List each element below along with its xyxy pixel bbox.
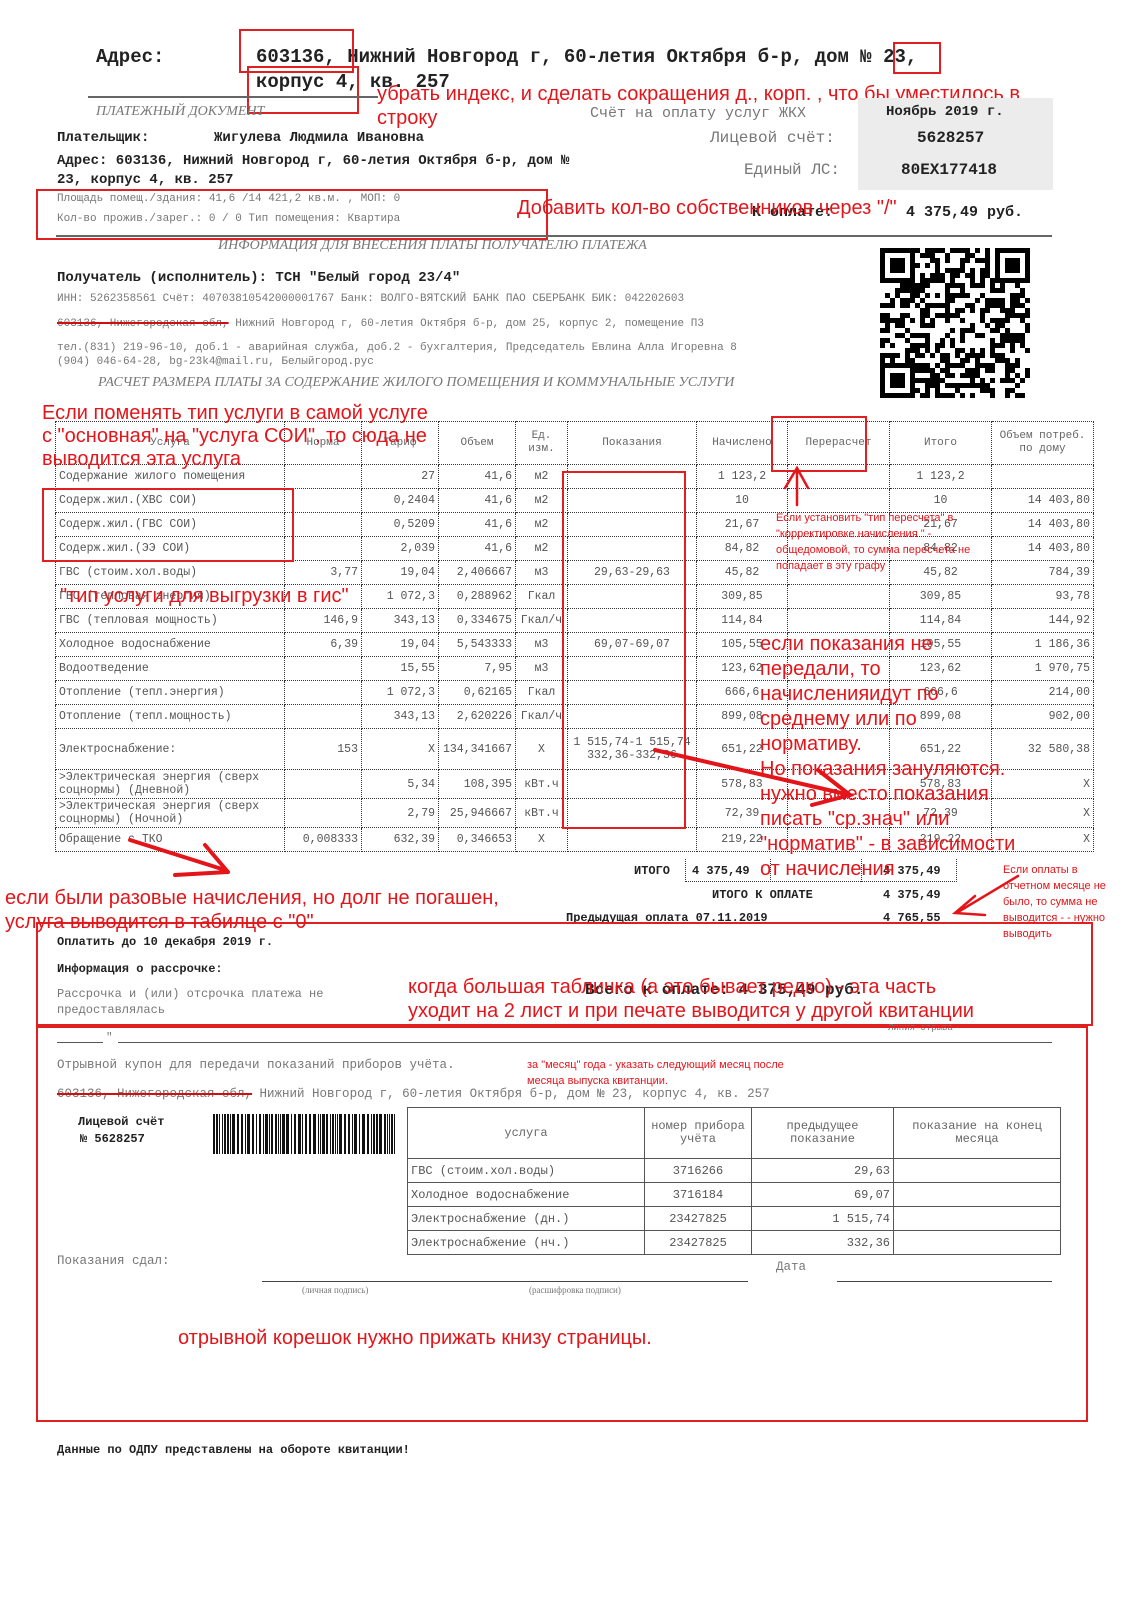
table-cell: [285, 799, 362, 828]
table-cell: 45,82: [697, 561, 788, 585]
barcode: [213, 1114, 399, 1154]
annotation-box-recalc: [771, 416, 867, 472]
table-cell: м2: [516, 489, 568, 513]
table-cell: 7,95: [439, 657, 516, 681]
annotation-gis-note: "тип услуги для выгрузки в гис": [60, 585, 349, 608]
annotation-text: выводится эта услуга: [42, 448, 428, 471]
date-line[interactable]: [837, 1281, 1052, 1282]
annotation-text: от начисления: [760, 857, 1015, 882]
column-header: номер прибора учёта: [645, 1108, 752, 1159]
table-cell: X: [516, 729, 568, 770]
doc-type: ПЛАТЕЖНЫЙ ДОКУМЕНТ: [96, 104, 264, 120]
table-cell: 343,13: [362, 705, 439, 729]
table-cell: [788, 609, 890, 633]
table-cell: 2,620226: [439, 705, 516, 729]
annotation-soi-note: Если поменять тип услуги в самой услуге …: [42, 402, 428, 471]
table-cell: 108,395: [439, 770, 516, 799]
table-cell: 332,36: [752, 1231, 894, 1255]
address-line-1: 603136, Нижний Новгород г, 60-летия Октя…: [256, 46, 917, 68]
struck-text: 603136, Нижегородская обл,: [57, 1087, 252, 1101]
annotation-text: начисленияидут по: [760, 682, 1015, 707]
table-cell: X: [516, 828, 568, 852]
table-cell: 0,288962: [439, 585, 516, 609]
struck-text: 603136, Нижегородская обл,: [57, 318, 229, 330]
to-pay-value: 4 375,49 руб.: [906, 204, 1023, 221]
header-divider: [88, 96, 378, 98]
table-cell: [568, 828, 697, 852]
annotation-owners-note: Добавить кол-во собственников через "/": [517, 197, 897, 220]
table-cell: >Электрическая энергия (сверх соцнормы) …: [56, 770, 285, 799]
signature-caption: (личная подпись): [302, 1285, 368, 1295]
table-cell: ГВС (тепловая мощность): [56, 609, 285, 633]
table-cell: 0,2404: [362, 489, 439, 513]
qr-code: [880, 248, 1030, 398]
column-header: Объем потреб. по дому: [992, 422, 1094, 465]
column-header: Показания: [568, 422, 697, 465]
column-header: Ед. изм.: [516, 422, 568, 465]
table-cell: 784,39: [992, 561, 1094, 585]
address-text: Нижний Новгород г, 60-летия Октября б-р,…: [229, 318, 704, 330]
table-cell: 14 403,80: [992, 537, 1094, 561]
table-cell: 41,6: [439, 465, 516, 489]
table-row: Электроснабжение (дн.)234278251 515,74: [408, 1207, 1061, 1231]
annotation-text: уходит на 2 лист и при печате выводится …: [408, 999, 974, 1023]
annotation-stub-note: отрывной корешок нужно прижать книзу стр…: [178, 1327, 652, 1350]
table-cell: Водоотведение: [56, 657, 285, 681]
table-cell: 25,946667: [439, 799, 516, 828]
table-cell: 1 515,74: [752, 1207, 894, 1231]
table-cell: Холодное водоснабжение: [56, 633, 285, 657]
table-cell: 1 123,2: [890, 465, 992, 489]
odpu-note: Данные по ОДПУ представлены на обороте к…: [57, 1443, 410, 1457]
table-cell: 309,85: [697, 585, 788, 609]
table-cell: Отопление (тепл.энергия): [56, 681, 285, 705]
table-cell: 134,341667: [439, 729, 516, 770]
annotation-month-note: за "месяц" года - указать следующий меся…: [527, 1057, 784, 1089]
table-cell: Электроснабжение (дн.): [408, 1207, 645, 1231]
coupon-title: Отрывной купон для передачи показаний пр…: [57, 1058, 455, 1072]
table-cell: 23427825: [645, 1207, 752, 1231]
reading-input-cell[interactable]: [894, 1183, 1061, 1207]
reading-input-cell[interactable]: [894, 1231, 1061, 1255]
table-cell: 14 403,80: [992, 489, 1094, 513]
table-cell: 23427825: [645, 1231, 752, 1255]
table-cell: 114,84: [890, 609, 992, 633]
recipient-name: Получатель (исполнитель): ТСН "Белый гор…: [57, 270, 460, 286]
date-label: Дата: [776, 1260, 806, 1274]
table-cell: м2: [516, 513, 568, 537]
table-cell: 153: [285, 729, 362, 770]
annotation-text: с "основная" на "услуга СОИ", то сюда не: [42, 425, 428, 448]
unified-account-label: Единый ЛС:: [744, 161, 840, 179]
table-cell: [285, 705, 362, 729]
annotation-text: нужно вместо показания: [760, 782, 1015, 807]
table-cell: ГВС (стоим.хол.воды): [408, 1159, 645, 1183]
table-cell: 2,79: [362, 799, 439, 828]
annotation-payment-note: Если оплаты в отчетном месяце не было, т…: [1003, 862, 1113, 942]
annotation-text: когда большая табличка (а это бывает ред…: [408, 975, 974, 999]
table-cell: Гкал/ч: [516, 705, 568, 729]
recipient-contacts-2: (904) 046-64-28, bg-23k4@mail.ru, Белыйг…: [57, 356, 374, 368]
table-cell: 3716266: [645, 1159, 752, 1183]
annotation-text: услуга выводится в табилце с "0": [5, 910, 499, 934]
total-label: ИТОГО: [634, 864, 670, 878]
annotation-text: Если поменять тип услуги в самой услуге: [42, 402, 428, 425]
annotation-page-break-note: когда большая табличка (а это бывает ред…: [408, 975, 974, 1023]
table-cell: [788, 585, 890, 609]
table-row: ГВС (стоим.хол.воды)371626629,63: [408, 1159, 1061, 1183]
to-pay-total-label: ИТОГО К ОПЛАТЕ: [712, 888, 813, 902]
section-divider: [56, 235, 1052, 237]
account-value: 5628257: [917, 129, 984, 147]
table-cell: 15,55: [362, 657, 439, 681]
table-row: Электроснабжение (нч.)23427825332,36: [408, 1231, 1061, 1255]
annotation-one-time-note: если были разовые начисления, но долг не…: [5, 886, 499, 934]
table-cell: [285, 681, 362, 705]
table-cell: 0,62165: [439, 681, 516, 705]
annotation-readings-note: если показания не передали, то начислени…: [760, 632, 1015, 882]
table-cell: Гкал: [516, 681, 568, 705]
table-cell: [285, 657, 362, 681]
table-cell: [285, 489, 362, 513]
annotation-text: месяца выпуска квитанции.: [527, 1073, 784, 1089]
annotation-recalc-note: Если установить "тип пересчета" в "корре…: [776, 510, 981, 574]
table-cell: 0,5209: [362, 513, 439, 537]
table-cell: 6,39: [285, 633, 362, 657]
annotation-text: среднему или по: [760, 707, 1015, 732]
table-cell: 5,543333: [439, 633, 516, 657]
column-header: предыдущее показание: [752, 1108, 894, 1159]
table-cell: 41,6: [439, 489, 516, 513]
address-text: Нижний Новгород г, 60-летия Октября б-р,…: [252, 1087, 770, 1101]
table-row: Холодное водоснабжение371618469,07: [408, 1183, 1061, 1207]
payer-address-line-1: Адрес: 603136, Нижний Новгород г, 60-лет…: [57, 153, 569, 169]
table-cell: м2: [516, 465, 568, 489]
decode-caption: (расшифровка подписи): [529, 1285, 621, 1295]
table-cell: ГВС (стоим.хол.воды): [56, 561, 285, 585]
table-cell: Электроснабжение (нч.): [408, 1231, 645, 1255]
table-cell: 69,07: [752, 1183, 894, 1207]
table-cell: 19,04: [362, 633, 439, 657]
table-cell: м3: [516, 657, 568, 681]
table-cell: 0,334675: [439, 609, 516, 633]
table-cell: 10: [697, 489, 788, 513]
payer-name: Жигулева Людмила Ивановна: [214, 130, 424, 146]
table-cell: кВт.ч: [516, 770, 568, 799]
column-header: Объем: [439, 422, 516, 465]
table-cell: 309,85: [890, 585, 992, 609]
invoice-title: Счёт на оплату услуг ЖКХ: [590, 105, 806, 122]
coupon-address: 603136, Нижегородская обл, Нижний Новгор…: [57, 1087, 770, 1101]
coupon-account-label: Лицевой счёт: [78, 1115, 164, 1129]
table-cell: [992, 465, 1094, 489]
account-label: Лицевой счёт:: [710, 129, 835, 147]
table-cell: 14 403,80: [992, 513, 1094, 537]
period: Ноябрь 2019 г.: [886, 104, 1004, 120]
coupon-table: услуганомер прибора учётапредыдущее пока…: [407, 1107, 1061, 1255]
table-cell: 632,39: [362, 828, 439, 852]
table-cell: 343,13: [362, 609, 439, 633]
table-cell: 41,6: [439, 537, 516, 561]
table-cell: [285, 770, 362, 799]
annotation-box-soi: [42, 488, 294, 562]
table-cell: 146,9: [285, 609, 362, 633]
submitted-label: Показания сдал:: [57, 1254, 170, 1268]
annotation-text: если были разовые начисления, но долг не…: [5, 886, 499, 910]
annotation-box-readings: [562, 471, 686, 829]
table-cell: Электроснабжение:: [56, 729, 285, 770]
annotation-text: писать "ср.знач" или: [760, 807, 1015, 832]
annotation-text: передали, то: [760, 657, 1015, 682]
table-cell: м3: [516, 561, 568, 585]
table-cell: Отопление (тепл.мощность): [56, 705, 285, 729]
table-cell: 2,039: [362, 537, 439, 561]
table-cell: м2: [516, 537, 568, 561]
column-header: Итого: [890, 422, 992, 465]
annotation-text: "норматив" - в зависимости: [760, 832, 1015, 857]
table-cell: Холодное водоснабжение: [408, 1183, 645, 1207]
annotation-box-area: [36, 189, 548, 240]
table-cell: >Электрическая энергия (сверх соцнормы) …: [56, 799, 285, 828]
table-cell: Гкал: [516, 585, 568, 609]
table-cell: 5,34: [362, 770, 439, 799]
table-cell: м3: [516, 633, 568, 657]
table-cell: [285, 513, 362, 537]
payer-address-line-2: 23, корпус 4, кв. 257: [57, 172, 233, 188]
table-cell: 3716184: [645, 1183, 752, 1207]
unified-account-value: 80EX177418: [901, 161, 997, 179]
recipient-bank: ИНН: 5262358561 Счёт: 407038105420000017…: [57, 293, 684, 305]
recipient-address: 603136, Нижегородская обл, Нижний Новгор…: [57, 318, 704, 330]
recipient-contacts-1: тел.(831) 219-96-10, доб.1 - аварийная с…: [57, 342, 737, 354]
address-label: Адрес:: [96, 46, 164, 68]
table-cell: 144,92: [992, 609, 1094, 633]
annotation-box-dom: [893, 42, 941, 74]
reading-input-cell[interactable]: [894, 1159, 1061, 1183]
table-cell: 19,04: [362, 561, 439, 585]
table-cell: 93,78: [992, 585, 1094, 609]
annotation-text: если показания не: [760, 632, 1015, 657]
total-charged: 4 375,49: [692, 864, 750, 878]
payer-label: Плательщик:: [57, 130, 149, 146]
column-header: услуга: [408, 1108, 645, 1159]
table-cell: 29,63: [752, 1159, 894, 1183]
table-cell: 3,77: [285, 561, 362, 585]
table-cell: Гкал/ч: [516, 609, 568, 633]
table-cell: 41,6: [439, 513, 516, 537]
table-cell: 2,406667: [439, 561, 516, 585]
table-cell: 1 072,3: [362, 681, 439, 705]
table-cell: X: [362, 729, 439, 770]
table-cell: Обращение с ТКО: [56, 828, 285, 852]
reading-input-cell[interactable]: [894, 1207, 1061, 1231]
table-cell: [788, 489, 890, 513]
recipient-section-title: ИНФОРМАЦИЯ ДЛЯ ВНЕСЕНИЯ ПЛАТЫ ПОЛУЧАТЕЛЮ…: [218, 238, 647, 254]
coupon-account-value: № 5628257: [80, 1132, 145, 1146]
annotation-text: Но показания зануляются.: [760, 757, 1015, 782]
to-pay-total-value: 4 375,49: [883, 888, 941, 902]
column-header: показание на конец месяца: [894, 1108, 1061, 1159]
table-cell: 114,84: [697, 609, 788, 633]
table-cell: 10: [890, 489, 992, 513]
table-cell: 0,346653: [439, 828, 516, 852]
table-cell: 84,82: [697, 537, 788, 561]
annotation-text: нормативу.: [760, 732, 1015, 757]
calc-title: РАСЧЕТ РАЗМЕРА ПЛАТЫ ЗА СОДЕРЖАНИЕ ЖИЛОГ…: [98, 375, 734, 391]
table-cell: 1 072,3: [362, 585, 439, 609]
table-cell: кВт.ч: [516, 799, 568, 828]
signature-line[interactable]: [262, 1281, 748, 1282]
table-cell: 21,67: [697, 513, 788, 537]
table-cell: 0,008333: [285, 828, 362, 852]
annotation-text: за "месяц" года - указать следующий меся…: [527, 1057, 784, 1073]
table-cell: [285, 537, 362, 561]
